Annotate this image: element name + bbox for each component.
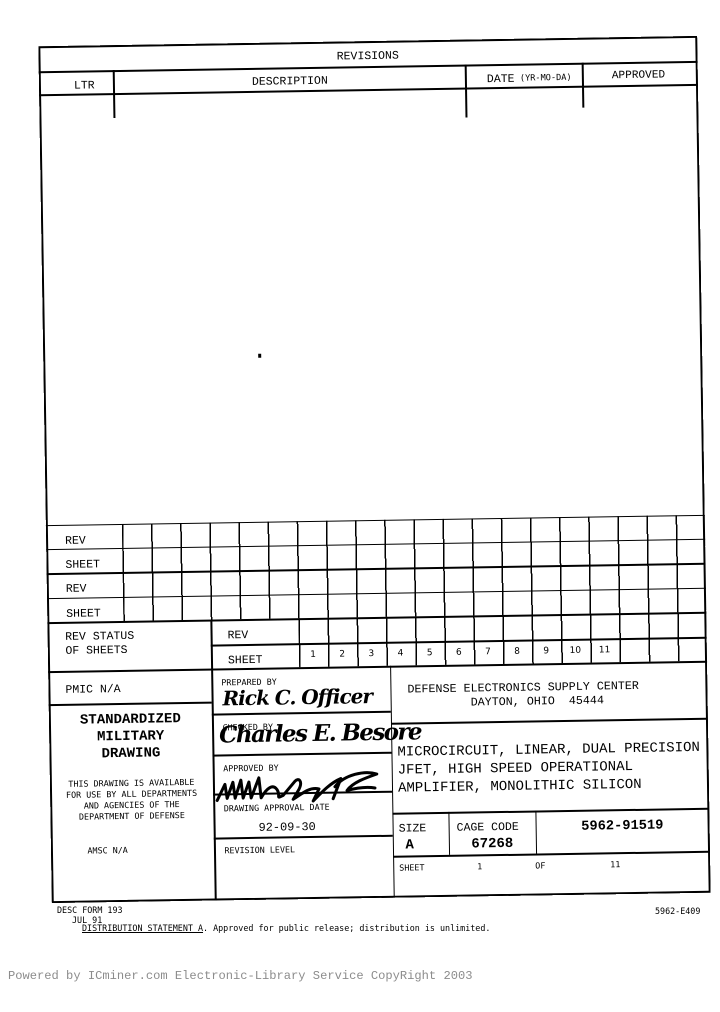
rule-line	[213, 835, 392, 839]
rule-line	[211, 711, 390, 715]
column-divider	[464, 65, 466, 118]
revisions-title: REVISIONS	[38, 46, 697, 68]
drawing-title-line1: MICROCIRCUIT, LINEAR, DUAL PRECISION	[397, 741, 700, 760]
distribution-statement-label: DISTRIBUTION STATEMENT A	[82, 923, 203, 933]
availability-text: AND AGENCIES OF THE	[50, 800, 213, 811]
scan-speck	[258, 354, 261, 358]
drawing-title-line2: JFET, HIGH SPEED OPERATIONAL	[397, 760, 632, 778]
rule-line	[39, 84, 697, 96]
drawing-approval-date: 92-09-30	[258, 822, 315, 835]
column-header-ltr: LTR	[73, 80, 94, 92]
sheet-number-cell: 9	[531, 639, 561, 663]
prepared-by-signature: Rick C. Officer	[222, 686, 372, 708]
distribution-statement-text: . Approved for public release; distribut…	[203, 923, 490, 933]
drawing-form-frame: REVISIONS LTR DESCRIPTION DATE (YR-MO-DA…	[38, 36, 710, 903]
form-code: 5962-E409	[655, 907, 700, 915]
drawing-title-line3: AMPLIFIER, MONOLITHIC SILICON	[397, 778, 641, 796]
rev-sheet-grid	[121, 514, 705, 621]
rule-line	[48, 702, 211, 706]
sheet-number-cell: 8	[502, 640, 532, 664]
rule-line	[212, 752, 391, 756]
form-number: DESC FORM 193	[57, 906, 123, 914]
grid-label-sheet: SHEET	[66, 608, 101, 620]
sheet-label: SHEET	[399, 864, 424, 873]
column-header-description: DESCRIPTION	[251, 76, 327, 89]
drawing-number: 5962-91519	[535, 819, 709, 835]
drawing-approval-date-label: DRAWING APPROVAL DATE	[223, 802, 329, 812]
grid-label-rev: REV	[64, 535, 85, 547]
grid-label-sheet: SHEET	[65, 559, 100, 571]
column-header-date: DATE	[486, 73, 514, 85]
amsc-label: AMSC N/A	[87, 846, 127, 855]
column-divider	[210, 620, 216, 901]
total-sheets: 11	[610, 860, 620, 869]
sheet-number-cell: 10	[560, 639, 590, 663]
availability-text: DEPARTMENT OF DEFENSE	[50, 811, 213, 822]
smd-title-line2: MILITARY	[49, 729, 212, 746]
rev-status-title-line2: OF SHEETS	[65, 645, 127, 657]
of-label: OF	[535, 862, 545, 871]
rev-status-sheet-label: SHEET	[227, 655, 262, 667]
smd-title-line1: STANDARDIZED	[48, 712, 211, 729]
sheet-number-cell	[648, 637, 678, 661]
watermark-text: Powered by ICminer.com Electronic-Librar…	[8, 970, 472, 982]
column-header-approved: APPROVED	[611, 70, 664, 82]
sheet-number-cell: 7	[473, 640, 503, 664]
pmic-label: PMIC N/A	[65, 684, 120, 696]
cage-code-label: CAGE CODE	[456, 821, 518, 833]
agency-name: DEFENSE ELECTRONICS SUPPLY CENTER	[407, 680, 639, 695]
sheet-number-cell: 3	[356, 642, 386, 666]
sheet-number-cell	[618, 638, 648, 662]
sheet-number-cell: 4	[385, 641, 415, 665]
column-divider	[113, 70, 115, 118]
rule-line	[390, 718, 707, 724]
distribution-statement: DISTRIBUTION STATEMENT A. Approved for p…	[82, 924, 490, 932]
column-header-date-format: (YR-MO-DA)	[519, 74, 571, 83]
revision-level-label: REVISION LEVEL	[224, 846, 295, 856]
smd-title-line3: DRAWING	[49, 746, 212, 763]
sheet-value: 1	[477, 863, 482, 871]
cage-code-value: 67268	[448, 836, 535, 851]
column-divider	[581, 63, 583, 108]
sheet-number-cell: 2	[327, 642, 357, 666]
availability-text: THIS DRAWING IS AVAILABLE	[49, 778, 212, 789]
availability-text: FOR USE BY ALL DEPARTMENTS	[50, 789, 213, 800]
rev-status-rev-label: REV	[227, 630, 248, 642]
approved-by-signature	[214, 768, 385, 807]
rev-status-title: REV STATUS	[65, 631, 134, 644]
rule-line	[392, 851, 709, 857]
size-value: A	[405, 838, 414, 852]
agency-address: DAYTON, OHIO 45444	[470, 695, 603, 709]
sheet-number-cell: 6	[444, 640, 474, 664]
sheet-number-cell: 11	[589, 638, 619, 662]
sheet-number-cell: 1	[298, 643, 328, 667]
sheet-number-cell: 5	[414, 641, 444, 665]
grid-label-rev: REV	[65, 583, 86, 595]
column-divider	[389, 666, 394, 898]
rule-line	[391, 808, 708, 814]
size-label: SIZE	[398, 823, 426, 835]
sheet-number-cell	[677, 637, 707, 661]
